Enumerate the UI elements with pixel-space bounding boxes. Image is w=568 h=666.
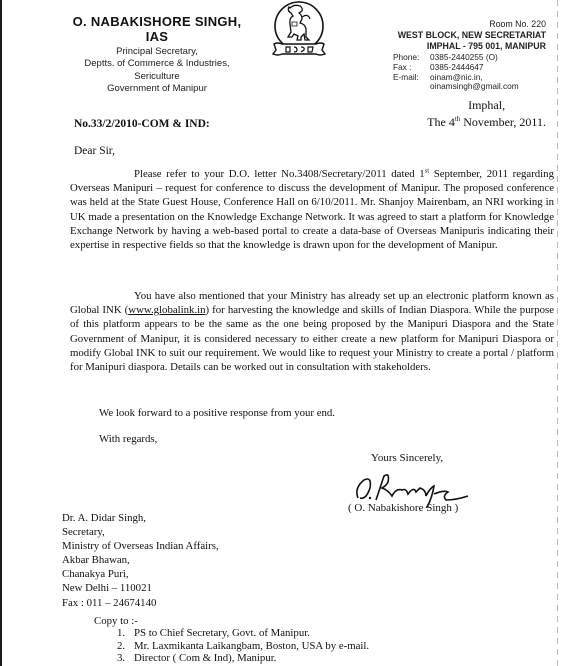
addressee-line: Secretary, [62,525,219,539]
copy-to-label: Copy to :- [94,615,138,627]
copy-to-item: 3.Director ( Com & Ind), Manipur. [117,652,369,665]
contact-details: Phone: 0385-2440255 (O) Fax : 0385-24446… [393,53,519,92]
addressee-line: Dr. A. Didar Singh, [62,511,219,525]
email-label: E-mail: [393,73,430,83]
scan-fold-line [557,0,558,666]
office-line: IMPHAL - 795 001, MANIPUR [346,41,546,52]
sender-line: Sericulture [62,71,252,83]
place-date: Imphal, The 4th November, 2011. [427,99,546,129]
office-line: Room No. 220 [346,19,546,30]
letter-date: The 4th November, 2011. [427,113,546,130]
copy-to-item: 2.Mr. Laxmikanta Laikangbam, Boston, USA… [117,640,369,653]
reference-number: No.33/2/2010-COM & IND: [74,118,210,130]
scan-border [0,0,2,666]
copy-to-list: 1.PS to Chief Secretary, Govt. of Manipu… [117,627,369,665]
addressee-line: Fax : 011 – 24674140 [62,596,219,610]
copy-to-item: 1.PS to Chief Secretary, Govt. of Manipu… [117,627,369,640]
closing-line: We look forward to a positive response f… [99,407,335,419]
sender-line: Government of Manipur [62,83,252,95]
sender-name: O. NABAKISHORE SINGH, IAS [62,14,252,44]
addressee-block: Dr. A. Didar Singh, Secretary, Ministry … [62,511,219,610]
sender-block: O. NABAKISHORE SINGH, IAS Principal Secr… [62,14,252,96]
sign-off: Yours Sincerely, [371,452,443,464]
addressee-line: Chanakya Puri, [62,567,219,581]
office-line: WEST BLOCK, NEW SECRETARIAT [346,30,546,41]
place: Imphal, [427,99,546,113]
addressee-line: New Delhi – 110021 [62,581,219,595]
paragraph-2: You have also mentioned that your Minist… [70,289,554,374]
sender-line: Deptts. of Commerce & Industries, [62,58,252,70]
manipur-emblem-icon [268,0,330,64]
addressee-line: Ministry of Overseas Indian Affairs, [62,539,219,553]
email-label-blank [393,82,430,92]
email-value-2: oinamsingh@gmail.com [430,82,519,92]
office-address: Room No. 220 WEST BLOCK, NEW SECRETARIAT… [346,19,546,51]
regards: With regards, [99,433,157,445]
letter-page: O. NABAKISHORE SINGH, IAS Principal Secr… [0,0,568,666]
sender-line: Principal Secretary, [62,46,252,58]
email-row-2: oinamsingh@gmail.com [393,82,519,92]
salutation: Dear Sir, [74,145,115,157]
signatory-name: ( O. Nabakishore Singh ) [348,502,458,514]
globalink-link[interactable]: www.globalink.in [128,304,205,316]
paragraph-1: Please refer to your D.O. letter No.3408… [70,167,554,252]
addressee-line: Akbar Bhawan, [62,553,219,567]
